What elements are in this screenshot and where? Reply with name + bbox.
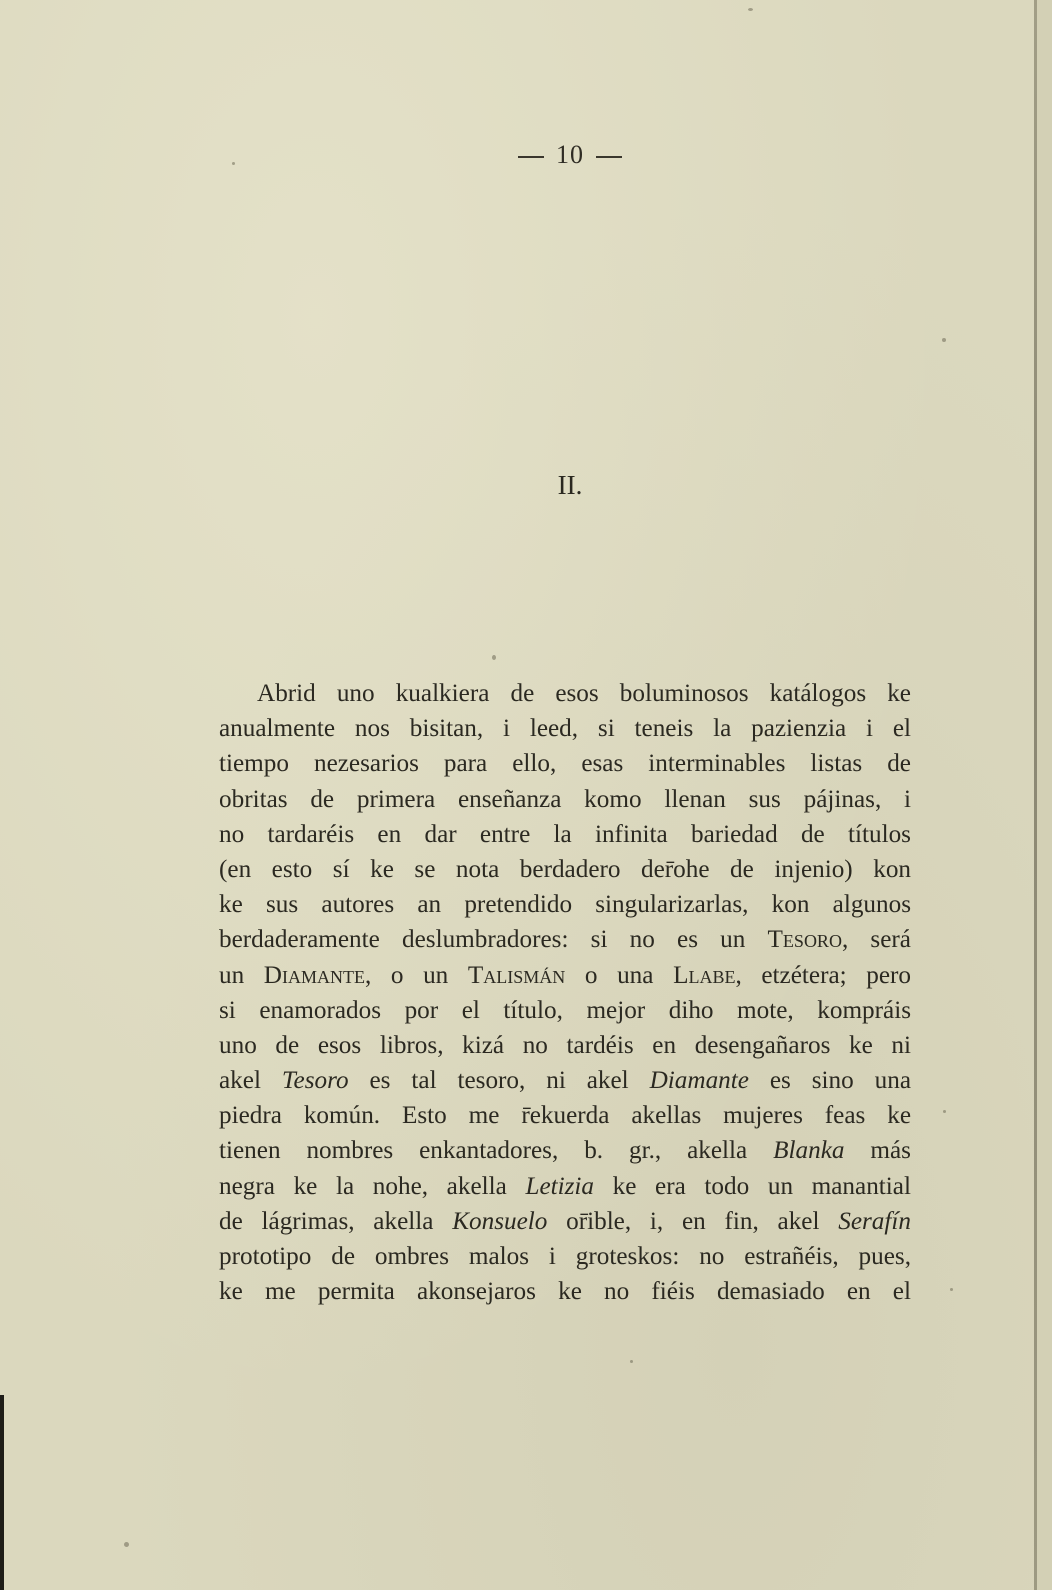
text-run: no tardaréis en dar entre la infinita ba… <box>219 821 911 848</box>
text-run: es sino una <box>749 1067 911 1094</box>
next-page-edge <box>1037 0 1052 1590</box>
body-paragraph: Abrid uno kualkiera de esos boluminosos … <box>219 676 911 1309</box>
text-run: , o un <box>365 962 468 989</box>
text-line: un Diamante, o un Talismán o una Llabe, … <box>219 958 911 993</box>
italic-title: Blanka <box>773 1137 844 1164</box>
paper-speck <box>124 1542 129 1547</box>
text-line: de lágrimas, akella Konsuelo or̄ible, i,… <box>219 1204 911 1239</box>
text-run: más <box>845 1137 912 1164</box>
text-run: si enamorados por el título, mejor diho … <box>219 997 911 1024</box>
page-number-value: 10 <box>556 140 584 169</box>
text-run: akel <box>219 1067 282 1094</box>
text-run: , etzétera; pero <box>735 962 911 989</box>
text-run: anualmente nos bisitan, i leed, si tenei… <box>219 715 911 742</box>
text-run: tiempo nezesarios para ello, esas interm… <box>219 750 911 777</box>
text-run: Abrid uno kualkiera de esos boluminosos … <box>257 680 911 707</box>
folio-dash-left <box>518 156 544 158</box>
text-line: tienen nombres enkantadores, b. gr., ake… <box>219 1133 911 1168</box>
italic-title: Letizia <box>525 1173 594 1200</box>
page-number: 10 <box>0 140 1052 170</box>
text-line: negra ke la nohe, akella Letizia ke era … <box>219 1169 911 1204</box>
text-run: berdaderamente deslumbradores: si no es … <box>219 926 768 953</box>
text-run: de lágrimas, akella <box>219 1208 452 1235</box>
text-line: prototipo de ombres malos i groteskos: n… <box>219 1239 911 1274</box>
smallcaps-title: Diamante <box>264 962 365 989</box>
italic-title: Tesoro <box>282 1067 349 1094</box>
text-run: tienen nombres enkantadores, b. gr., ake… <box>219 1137 773 1164</box>
text-line: uno de esos libros, kizá no tardéis en d… <box>219 1028 911 1063</box>
text-line: Abrid uno kualkiera de esos boluminosos … <box>219 676 911 711</box>
smallcaps-title: Talismán <box>468 962 565 989</box>
paper-speck <box>748 8 753 11</box>
italic-title: Diamante <box>650 1067 749 1094</box>
paper-speck <box>943 1110 946 1113</box>
text-line: akel Tesoro es tal tesoro, ni akel Diama… <box>219 1063 911 1098</box>
paper-speck <box>232 162 235 165</box>
text-line: si enamorados por el título, mejor diho … <box>219 993 911 1028</box>
chapter-heading: II. <box>0 470 1052 501</box>
text-run: un <box>219 962 264 989</box>
text-line: piedra komún. Esto me r̄ekuerda akellas … <box>219 1098 911 1133</box>
text-run: obritas de primera enseñanza komo llenan… <box>219 786 911 813</box>
paper-speck <box>942 338 946 342</box>
text-line: ke me permita akonsejaros ke no fiéis de… <box>219 1274 911 1309</box>
text-line: tiempo nezesarios para ello, esas interm… <box>219 746 911 781</box>
text-run: piedra komún. Esto me r̄ekuerda akellas … <box>219 1102 911 1129</box>
paper-speck <box>630 1360 633 1363</box>
text-run: uno de esos libros, kizá no tardéis en d… <box>219 1032 911 1059</box>
smallcaps-title: Tesoro <box>768 926 842 953</box>
smallcaps-title: Llabe <box>673 962 735 989</box>
paper-speck <box>492 655 496 660</box>
book-page: 10 II. Abrid uno kualkiera de esos bolum… <box>0 0 1052 1590</box>
text-run: ke sus autores an pretendido singulariza… <box>219 891 911 918</box>
italic-title: Konsuelo <box>452 1208 547 1235</box>
text-run: o una <box>565 962 673 989</box>
folio-dash-right <box>596 156 622 158</box>
text-line: obritas de primera enseñanza komo llenan… <box>219 782 911 817</box>
scan-border <box>0 1395 4 1590</box>
text-run: es tal tesoro, ni akel <box>349 1067 650 1094</box>
paper-speck <box>950 1288 953 1291</box>
text-run: ke era todo un manantial <box>594 1173 911 1200</box>
text-run: (en esto sí ke se nota berdadero der̄ohe… <box>219 856 911 883</box>
text-line: no tardaréis en dar entre la infinita ba… <box>219 817 911 852</box>
text-run: , será <box>842 926 911 953</box>
italic-title: Serafín <box>838 1208 911 1235</box>
text-run: negra ke la nohe, akella <box>219 1173 525 1200</box>
text-line: berdaderamente deslumbradores: si no es … <box>219 922 911 957</box>
text-run: or̄ible, i, en fin, akel <box>547 1208 838 1235</box>
text-run: ke me permita akonsejaros ke no fiéis de… <box>219 1278 911 1305</box>
text-run: prototipo de ombres malos i groteskos: n… <box>219 1243 911 1270</box>
text-line: ke sus autores an pretendido singulariza… <box>219 887 911 922</box>
text-line: (en esto sí ke se nota berdadero der̄ohe… <box>219 852 911 887</box>
text-line: anualmente nos bisitan, i leed, si tenei… <box>219 711 911 746</box>
